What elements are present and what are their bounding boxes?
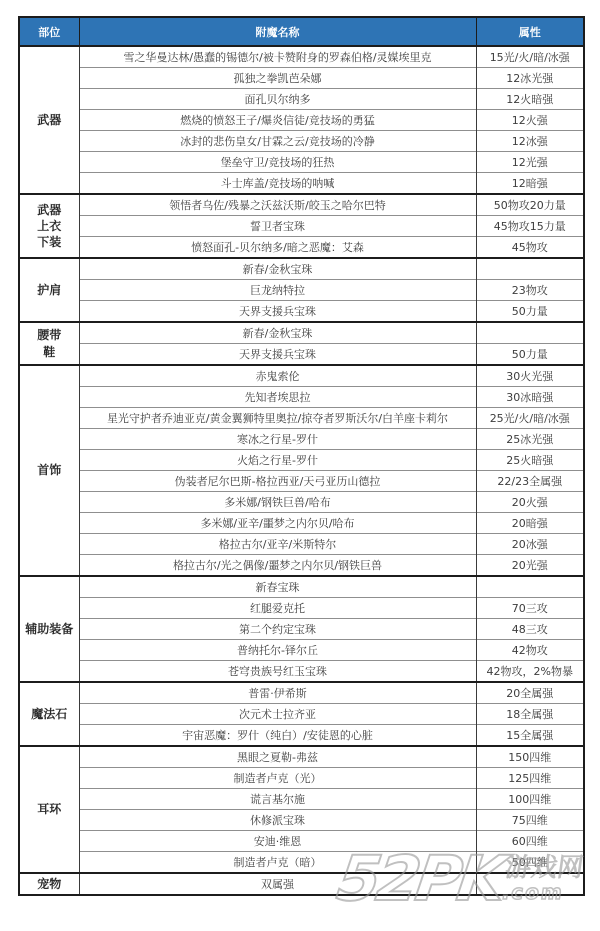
table-row: 先知者埃思拉30冰暗强: [19, 387, 584, 408]
table-row: 面孔贝尔纳多12火暗强: [19, 89, 584, 110]
enchant-table: 部位 附魔名称 属性 武器雪之华曼达林/愚蠢的锡德尔/被卡赞附身的罗森伯格/灵媒…: [18, 16, 585, 896]
enchant-table-container: 部位 附魔名称 属性 武器雪之华曼达林/愚蠢的锡德尔/被卡赞附身的罗森伯格/灵媒…: [18, 16, 585, 896]
attribute-cell: 125四维: [476, 768, 584, 789]
attribute-cell: 45物攻: [476, 237, 584, 259]
enchant-name-cell: 宇宙恶魔：罗什（纯白）/安徒恩的心脏: [79, 725, 476, 747]
table-row: 寒冰之行星-罗什25冰光强: [19, 429, 584, 450]
table-row: 多米娜/钢铁巨兽/哈布20火强: [19, 492, 584, 513]
enchant-name-cell: 星光守护者乔迪亚克/黄金翼狮特里奥拉/掠夺者罗斯沃尔/白羊座卡莉尔: [79, 408, 476, 429]
table-row: 辅助装备新春宝珠: [19, 576, 584, 598]
enchant-name-cell: 红腿爱克托: [79, 598, 476, 619]
attribute-cell: 23物攻: [476, 280, 584, 301]
enchant-name-cell: 制造者卢克（光）: [79, 768, 476, 789]
table-row: 红腿爱克托70三攻: [19, 598, 584, 619]
enchant-name-cell: 安迪·维恩: [79, 831, 476, 852]
table-row: 首饰赤鬼索伦30火光强: [19, 365, 584, 387]
attribute-cell: 12冰光强: [476, 68, 584, 89]
enchant-name-cell: 黑眼之夏勒-弗兹: [79, 746, 476, 768]
table-row: 冰封的悲伤皇女/甘霖之云/竞技场的冷静12冰强: [19, 131, 584, 152]
attribute-cell: 30冰暗强: [476, 387, 584, 408]
enchant-name-cell: 燃烧的愤怒王子/爆炎信徒/竞技场的勇猛: [79, 110, 476, 131]
enchant-name-cell: 赤鬼索伦: [79, 365, 476, 387]
table-row: 伪装者尼尔巴斯-格拉西亚/天弓亚历山德拉22/23全属强: [19, 471, 584, 492]
table-row: 魔法石普雷·伊希斯20全属强: [19, 682, 584, 704]
enchant-name-cell: 天界支援兵宝珠: [79, 344, 476, 366]
header-attribute: 属性: [476, 17, 584, 46]
attribute-cell: 15全属强: [476, 725, 584, 747]
attribute-cell: 12冰强: [476, 131, 584, 152]
slot-cell: 武器: [19, 46, 79, 194]
enchant-name-cell: 第二个约定宝珠: [79, 619, 476, 640]
enchant-name-cell: 寒冰之行星-罗什: [79, 429, 476, 450]
table-row: 第二个约定宝珠48三攻: [19, 619, 584, 640]
attribute-cell: 25光/火/暗/冰强: [476, 408, 584, 429]
attribute-cell: 15光/火/暗/冰强: [476, 46, 584, 68]
attribute-cell: 12光强: [476, 152, 584, 173]
table-row: 格拉古尔/亚辛/米斯特尔20冰强: [19, 534, 584, 555]
slot-cell: 武器 上衣 下装: [19, 194, 79, 258]
slot-cell: 腰带 鞋: [19, 322, 79, 365]
table-row: 火焰之行星-罗什25火暗强: [19, 450, 584, 471]
attribute-cell: 60四维: [476, 831, 584, 852]
enchant-name-cell: 普纳托尔-铎尔丘: [79, 640, 476, 661]
attribute-cell: 75四维: [476, 810, 584, 831]
enchant-name-cell: 斗士库盖/竞技场的呐喊: [79, 173, 476, 195]
table-row: 燃烧的愤怒王子/爆炎信徒/竞技场的勇猛12火强: [19, 110, 584, 131]
enchant-name-cell: 领悟者乌佐/残暴之沃兹沃斯/皎玉之哈尔巴特: [79, 194, 476, 216]
attribute-cell: 42物攻: [476, 640, 584, 661]
table-row: 护肩新春/金秋宝珠: [19, 258, 584, 280]
table-row: 格拉古尔/光之偶像/噩梦之内尔贝/钢铁巨兽20光强: [19, 555, 584, 577]
enchant-name-cell: 冰封的悲伤皇女/甘霖之云/竞技场的冷静: [79, 131, 476, 152]
attribute-cell: 20全属强: [476, 682, 584, 704]
table-row: 堡垒守卫/竞技场的狂热12光强: [19, 152, 584, 173]
attribute-cell: 45物攻15力量: [476, 216, 584, 237]
table-row: 普纳托尔-铎尔丘42物攻: [19, 640, 584, 661]
attribute-cell: 50四维: [476, 852, 584, 874]
attribute-cell: 50力量: [476, 301, 584, 323]
attribute-cell: 25火暗强: [476, 450, 584, 471]
attribute-cell: 50力量: [476, 344, 584, 366]
attribute-cell: 25冰光强: [476, 429, 584, 450]
enchant-name-cell: 新春/金秋宝珠: [79, 258, 476, 280]
table-row: 腰带 鞋新春/金秋宝珠: [19, 322, 584, 344]
enchant-name-cell: 格拉古尔/光之偶像/噩梦之内尔贝/钢铁巨兽: [79, 555, 476, 577]
attribute-cell: 20光强: [476, 555, 584, 577]
enchant-name-cell: 先知者埃思拉: [79, 387, 476, 408]
enchant-name-cell: 多米娜/亚辛/噩梦之内尔贝/哈布: [79, 513, 476, 534]
enchant-name-cell: 愤怒面孔-贝尔纳多/暗之恶魔：艾森: [79, 237, 476, 259]
enchant-name-cell: 普雷·伊希斯: [79, 682, 476, 704]
attribute-cell: 70三攻: [476, 598, 584, 619]
attribute-cell: [476, 576, 584, 598]
enchant-name-cell: 誓卫者宝珠: [79, 216, 476, 237]
attribute-cell: [476, 258, 584, 280]
enchant-name-cell: 雪之华曼达林/愚蠢的锡德尔/被卡赞附身的罗森伯格/灵媒埃里克: [79, 46, 476, 68]
table-row: 誓卫者宝珠45物攻15力量: [19, 216, 584, 237]
attribute-cell: [476, 322, 584, 344]
header-row: 部位 附魔名称 属性: [19, 17, 584, 46]
table-row: 苍穹贵族号红玉宝珠42物攻，2%物暴: [19, 661, 584, 683]
attribute-cell: 150四维: [476, 746, 584, 768]
slot-cell: 宠物: [19, 873, 79, 895]
attribute-cell: 20暗强: [476, 513, 584, 534]
attribute-cell: 42物攻，2%物暴: [476, 661, 584, 683]
slot-cell: 辅助装备: [19, 576, 79, 682]
table-row: 天界支援兵宝珠50力量: [19, 301, 584, 323]
enchant-name-cell: 制造者卢克（暗）: [79, 852, 476, 874]
table-row: 休修派宝珠75四维: [19, 810, 584, 831]
enchant-name-cell: 巨龙纳特拉: [79, 280, 476, 301]
enchant-name-cell: 天界支援兵宝珠: [79, 301, 476, 323]
enchant-name-cell: 孤独之拳凯芭朵娜: [79, 68, 476, 89]
enchant-name-cell: 次元术士拉齐亚: [79, 704, 476, 725]
table-row: 孤独之拳凯芭朵娜12冰光强: [19, 68, 584, 89]
table-row: 武器 上衣 下装领悟者乌佐/残暴之沃兹沃斯/皎玉之哈尔巴特50物攻20力量: [19, 194, 584, 216]
attribute-cell: 20冰强: [476, 534, 584, 555]
enchant-name-cell: 双属强: [79, 873, 476, 895]
enchant-name-cell: 伪装者尼尔巴斯-格拉西亚/天弓亚历山德拉: [79, 471, 476, 492]
enchant-name-cell: 面孔贝尔纳多: [79, 89, 476, 110]
attribute-cell: 12火强: [476, 110, 584, 131]
enchant-name-cell: 新春/金秋宝珠: [79, 322, 476, 344]
enchant-name-cell: 格拉古尔/亚辛/米斯特尔: [79, 534, 476, 555]
attribute-cell: 18全属强: [476, 704, 584, 725]
attribute-cell: 100四维: [476, 789, 584, 810]
table-row: 星光守护者乔迪亚克/黄金翼狮特里奥拉/掠夺者罗斯沃尔/白羊座卡莉尔25光/火/暗…: [19, 408, 584, 429]
table-body: 武器雪之华曼达林/愚蠢的锡德尔/被卡赞附身的罗森伯格/灵媒埃里克15光/火/暗/…: [19, 46, 584, 895]
table-row: 多米娜/亚辛/噩梦之内尔贝/哈布20暗强: [19, 513, 584, 534]
attribute-cell: 12火暗强: [476, 89, 584, 110]
table-row: 安迪·维恩60四维: [19, 831, 584, 852]
slot-cell: 护肩: [19, 258, 79, 322]
enchant-name-cell: 火焰之行星-罗什: [79, 450, 476, 471]
attribute-cell: 20火强: [476, 492, 584, 513]
table-row: 耳环黑眼之夏勒-弗兹150四维: [19, 746, 584, 768]
enchant-name-cell: 多米娜/钢铁巨兽/哈布: [79, 492, 476, 513]
header-slot: 部位: [19, 17, 79, 46]
table-row: 天界支援兵宝珠50力量: [19, 344, 584, 366]
attribute-cell: [476, 873, 584, 895]
table-row: 愤怒面孔-贝尔纳多/暗之恶魔：艾森45物攻: [19, 237, 584, 259]
table-row: 武器雪之华曼达林/愚蠢的锡德尔/被卡赞附身的罗森伯格/灵媒埃里克15光/火/暗/…: [19, 46, 584, 68]
enchant-name-cell: 谎言基尔施: [79, 789, 476, 810]
table-row: 制造者卢克（光）125四维: [19, 768, 584, 789]
enchant-name-cell: 堡垒守卫/竞技场的狂热: [79, 152, 476, 173]
enchant-name-cell: 新春宝珠: [79, 576, 476, 598]
enchant-name-cell: 苍穹贵族号红玉宝珠: [79, 661, 476, 683]
enchant-name-cell: 休修派宝珠: [79, 810, 476, 831]
attribute-cell: 30火光强: [476, 365, 584, 387]
table-row: 巨龙纳特拉23物攻: [19, 280, 584, 301]
table-row: 宠物双属强: [19, 873, 584, 895]
table-row: 宇宙恶魔：罗什（纯白）/安徒恩的心脏15全属强: [19, 725, 584, 747]
slot-cell: 耳环: [19, 746, 79, 873]
attribute-cell: 22/23全属强: [476, 471, 584, 492]
slot-cell: 魔法石: [19, 682, 79, 746]
attribute-cell: 12暗强: [476, 173, 584, 195]
attribute-cell: 48三攻: [476, 619, 584, 640]
table-row: 斗士库盖/竞技场的呐喊12暗强: [19, 173, 584, 195]
table-row: 谎言基尔施100四维: [19, 789, 584, 810]
table-row: 制造者卢克（暗）50四维: [19, 852, 584, 874]
table-row: 次元术士拉齐亚18全属强: [19, 704, 584, 725]
attribute-cell: 50物攻20力量: [476, 194, 584, 216]
slot-cell: 首饰: [19, 365, 79, 576]
header-enchant-name: 附魔名称: [79, 17, 476, 46]
